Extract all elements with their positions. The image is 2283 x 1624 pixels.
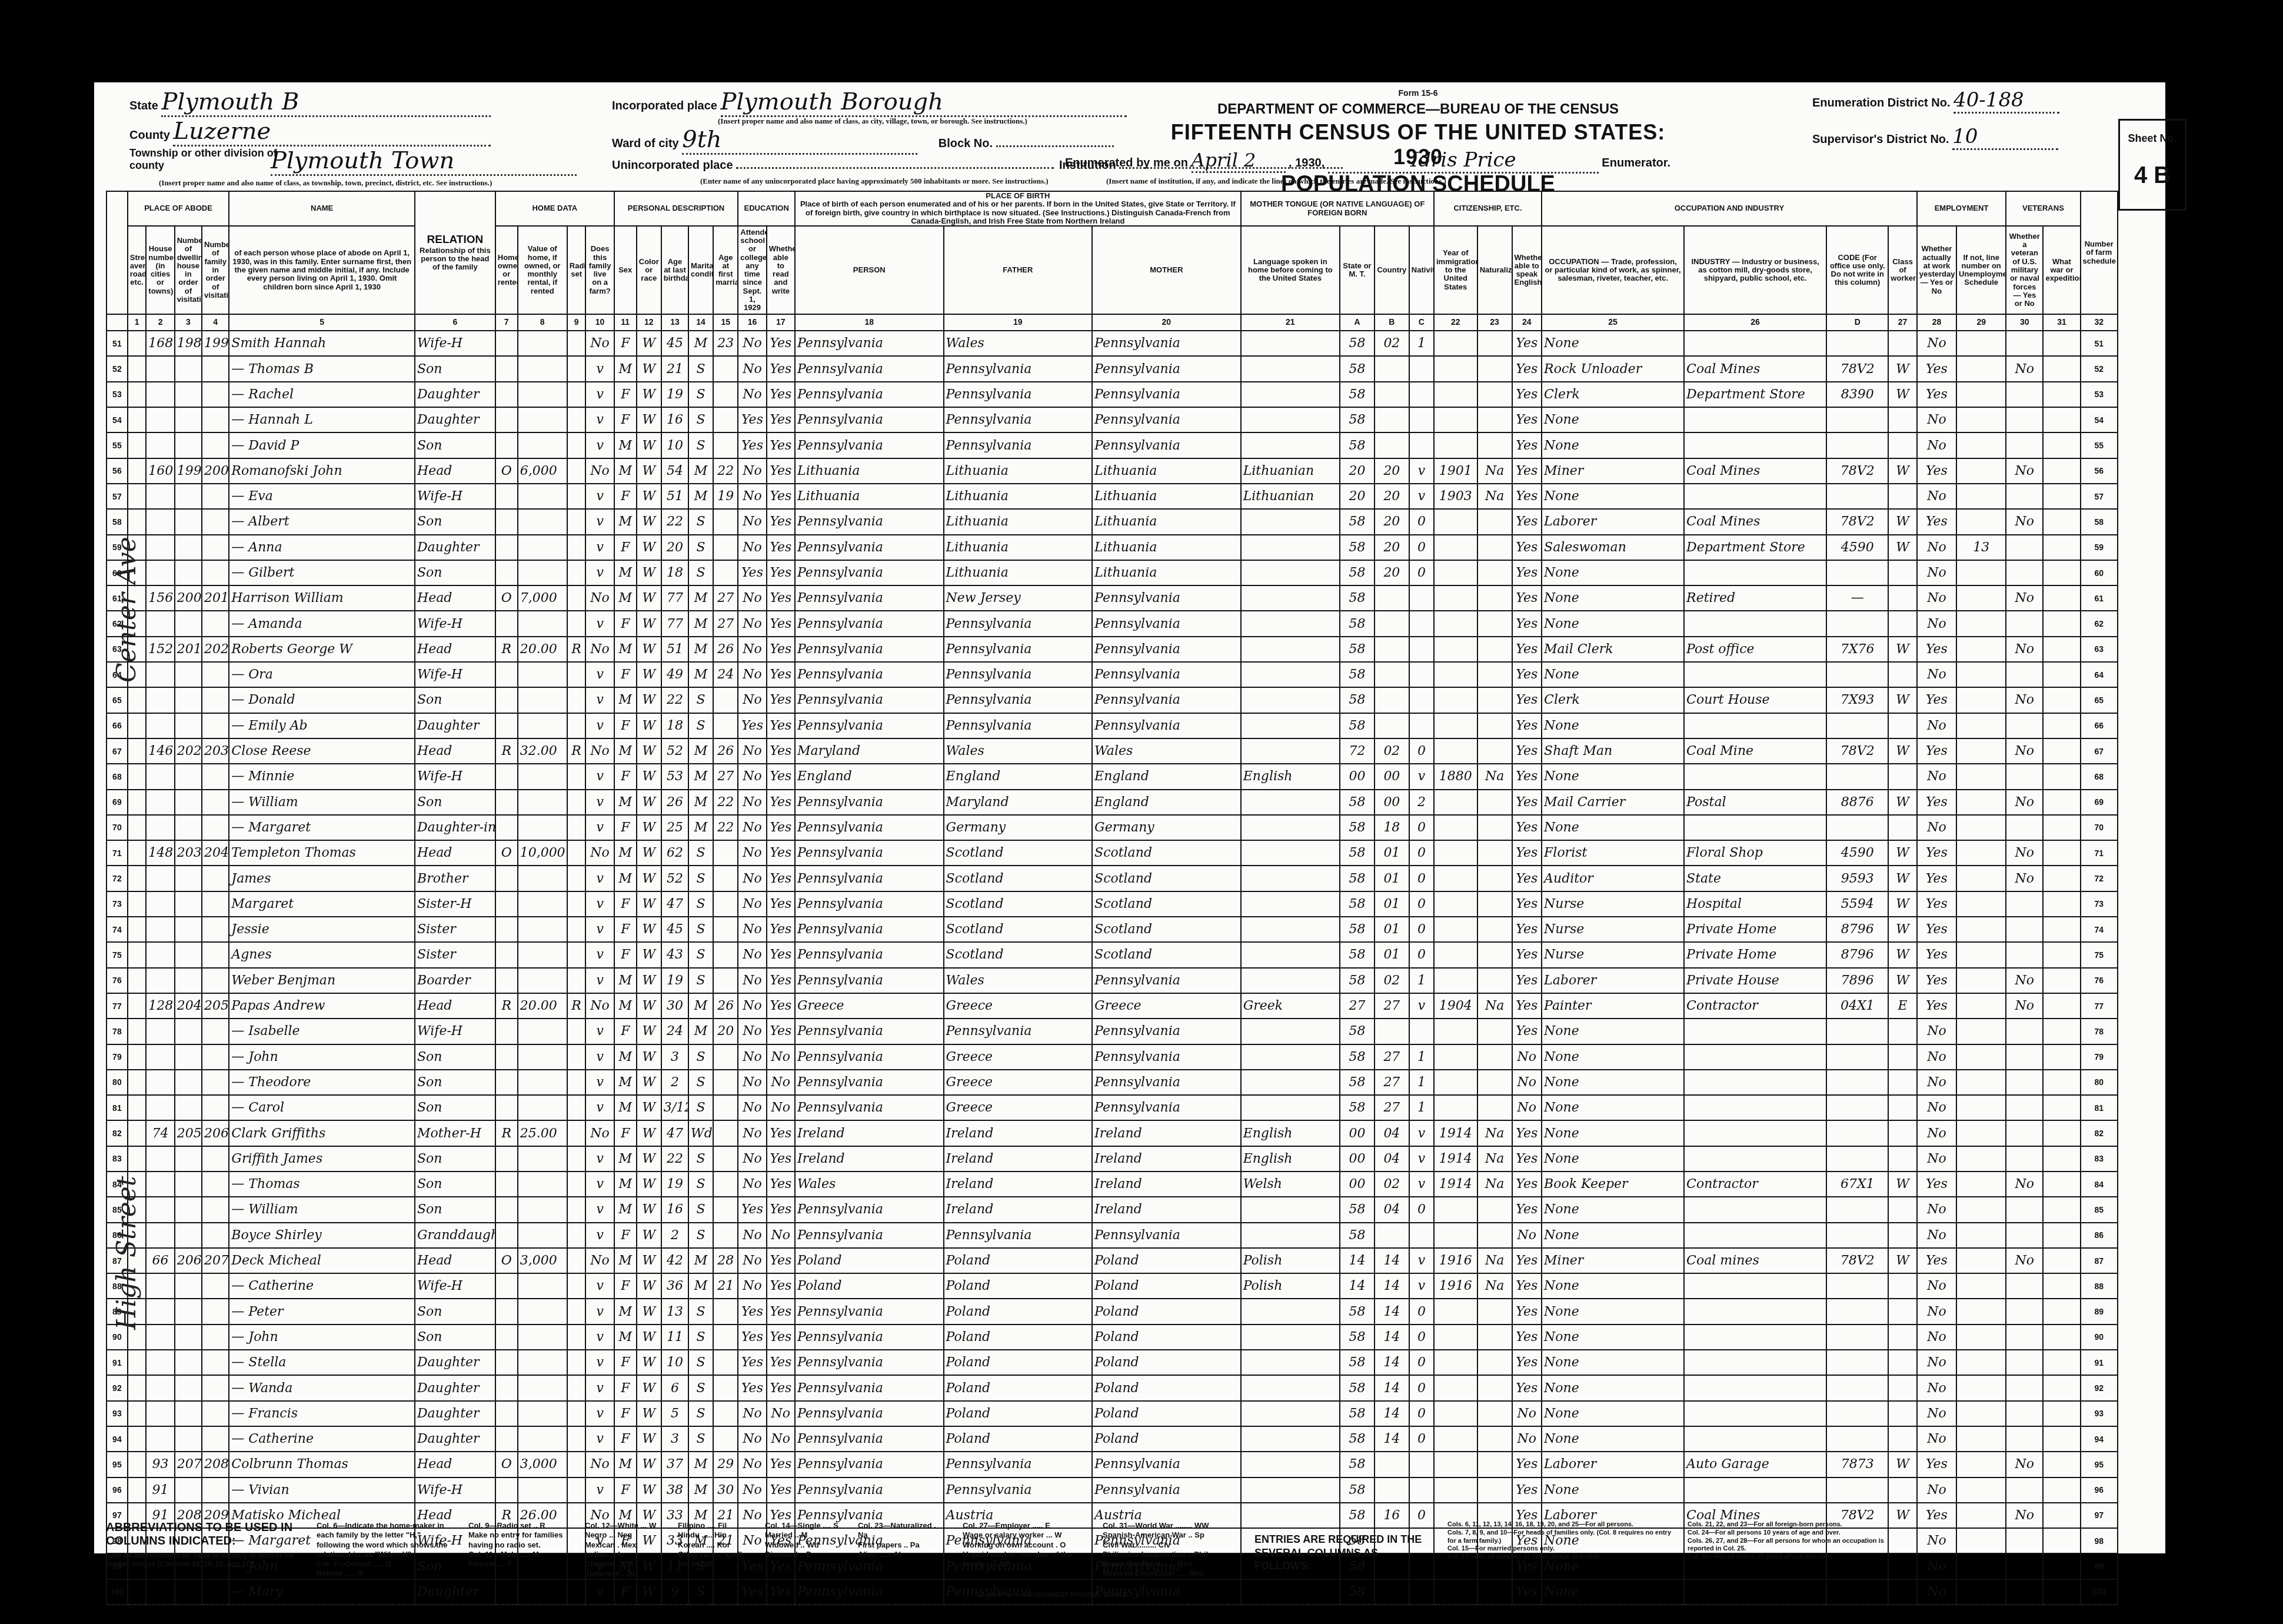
cell-sex: M bbox=[614, 1044, 637, 1070]
cell-read: Yes bbox=[767, 535, 795, 560]
cell-english: Yes bbox=[1512, 968, 1542, 993]
cell-relation: Daughter bbox=[415, 1350, 495, 1375]
column-number: 20 bbox=[1092, 314, 1241, 331]
cell-read: Yes bbox=[767, 1146, 795, 1172]
cell-marital: S bbox=[688, 1070, 713, 1095]
cell-farm: v bbox=[585, 942, 614, 967]
line-number: 71 bbox=[107, 840, 128, 866]
cell-code-d: 9593 bbox=[1826, 866, 1888, 891]
cell-father: Lithuania bbox=[944, 484, 1093, 509]
cell-value bbox=[518, 1401, 567, 1426]
cell-street bbox=[128, 917, 147, 942]
cell-dwelling bbox=[175, 1401, 202, 1426]
cell-class: W bbox=[1888, 687, 1916, 713]
cell-age: 3 bbox=[661, 1044, 688, 1070]
cell-code-a: 58 bbox=[1340, 917, 1375, 942]
cell-war bbox=[2043, 1172, 2080, 1197]
cell-sex: F bbox=[614, 331, 637, 356]
cell-father: Wales bbox=[944, 968, 1093, 993]
cell-naturalization: Na bbox=[1477, 993, 1512, 1019]
cell-age-marriage bbox=[713, 1325, 738, 1350]
cell-relation: Son bbox=[415, 1146, 495, 1172]
cell-war bbox=[2043, 993, 2080, 1019]
entries-list-1: Cols. 6, 11, 12, 13, 14, 16, 18, 19, 20,… bbox=[1447, 1521, 1671, 1579]
cell-house bbox=[146, 1223, 174, 1248]
cell-father: Scotland bbox=[944, 942, 1093, 967]
cell-family bbox=[202, 815, 229, 840]
cell-code-c: v bbox=[1409, 1146, 1434, 1172]
cell-house: 74 bbox=[146, 1120, 174, 1146]
cell-color: W bbox=[637, 535, 661, 560]
cell-code-a: 58 bbox=[1340, 382, 1375, 407]
cell-class: W bbox=[1888, 509, 1916, 534]
cell-color: W bbox=[637, 382, 661, 407]
cell-marital: M bbox=[688, 1248, 713, 1273]
cell-naturalization bbox=[1477, 1325, 1512, 1350]
line-number-right: 71 bbox=[2081, 840, 2118, 866]
cell-value bbox=[518, 535, 567, 560]
cell-unemployment bbox=[1956, 1401, 2006, 1426]
cell-code-b: 02 bbox=[1375, 331, 1409, 356]
cell-name: Templeton Thomas bbox=[229, 840, 415, 866]
table-row: 58— AlbertSonvMW22SNoYesPennsylvaniaLith… bbox=[107, 509, 2118, 534]
cell-age: 2 bbox=[661, 1070, 688, 1095]
cell-english: Yes bbox=[1512, 866, 1542, 891]
incorporated-field: Incorporated place Plymouth Borough bbox=[612, 88, 1127, 117]
cell-radio bbox=[567, 1299, 586, 1324]
cell-house bbox=[146, 1146, 174, 1172]
cell-school: No bbox=[738, 1070, 766, 1095]
cell-family: 207 bbox=[202, 1248, 229, 1273]
cell-code-b: 02 bbox=[1375, 1172, 1409, 1197]
cell-mother: Poland bbox=[1092, 1401, 1241, 1426]
cell-relation: Son bbox=[415, 790, 495, 815]
cell-code-b bbox=[1375, 713, 1409, 738]
table-row: 61156200201Harrison WilliamHeadO7,000NoM… bbox=[107, 585, 2118, 611]
cell-name: Jessie bbox=[229, 917, 415, 942]
cell-language bbox=[1241, 1350, 1340, 1375]
line-number-right: 59 bbox=[2081, 535, 2118, 560]
cell-name: — Emily Ab bbox=[229, 713, 415, 738]
cell-veteran bbox=[2006, 1299, 2043, 1324]
cell-color: W bbox=[637, 1299, 661, 1324]
line-number-right: 89 bbox=[2081, 1299, 2118, 1324]
cell-father: Greece bbox=[944, 993, 1093, 1019]
cell-radio bbox=[567, 509, 586, 534]
enumerated-field: Enumerated by me on April 2 , 1930, Idri… bbox=[1065, 148, 1670, 174]
cell-code-b: 14 bbox=[1375, 1273, 1409, 1299]
cell-at-work: No bbox=[1917, 713, 1956, 738]
cell-code-a: 58 bbox=[1340, 840, 1375, 866]
cell-radio bbox=[567, 1146, 586, 1172]
cell-street bbox=[128, 993, 147, 1019]
cell-color: W bbox=[637, 1325, 661, 1350]
cell-family bbox=[202, 407, 229, 432]
cell-language bbox=[1241, 1070, 1340, 1095]
cell-industry bbox=[1684, 611, 1826, 636]
cell-occupation: Miner bbox=[1542, 1248, 1684, 1273]
cell-code-a: 00 bbox=[1340, 1120, 1375, 1146]
cell-code-d bbox=[1826, 1070, 1888, 1095]
cell-name: — Isabelle bbox=[229, 1019, 415, 1044]
cell-family bbox=[202, 1350, 229, 1375]
cell-mother: England bbox=[1092, 764, 1241, 789]
cell-industry: Coal Mines bbox=[1684, 356, 1826, 381]
column-number: 25 bbox=[1542, 314, 1684, 331]
cell-language bbox=[1241, 917, 1340, 942]
cell-code-d bbox=[1826, 1426, 1888, 1452]
cell-house bbox=[146, 968, 174, 993]
cell-code-d bbox=[1826, 1095, 1888, 1120]
cell-veteran bbox=[2006, 382, 2043, 407]
cell-industry bbox=[1684, 1044, 1826, 1070]
cell-unemployment bbox=[1956, 1528, 2006, 1553]
cell-house bbox=[146, 432, 174, 458]
cell-family: 204 bbox=[202, 840, 229, 866]
table-row: 71148203204Templeton ThomasHeadO10,000No… bbox=[107, 840, 2118, 866]
cell-code-c: 0 bbox=[1409, 738, 1434, 764]
cell-read: Yes bbox=[767, 790, 795, 815]
cell-dwelling bbox=[175, 1197, 202, 1222]
cell-age-marriage bbox=[713, 1095, 738, 1120]
cell-street bbox=[128, 1120, 147, 1146]
unemployment-col-header: If not, line number on Unemployment Sche… bbox=[1956, 226, 2006, 314]
line-number-right: 77 bbox=[2081, 993, 2118, 1019]
cell-owned: R bbox=[495, 993, 518, 1019]
cell-relation: Head bbox=[415, 993, 495, 1019]
dwelling-col-header: Number of dwelling house in order of vis… bbox=[175, 226, 202, 314]
cell-school: No bbox=[738, 866, 766, 891]
cell-radio bbox=[567, 1095, 586, 1120]
cell-naturalization bbox=[1477, 331, 1512, 356]
cell-house bbox=[146, 509, 174, 534]
cell-unemployment bbox=[1956, 891, 2006, 917]
cell-school: No bbox=[738, 891, 766, 917]
cell-dwelling bbox=[175, 917, 202, 942]
cell-dwelling bbox=[175, 1426, 202, 1452]
cell-dwelling bbox=[175, 866, 202, 891]
cell-age: 6 bbox=[661, 1375, 688, 1400]
relation-desc: Relationship of this person to the head … bbox=[417, 247, 493, 272]
cell-farm: No bbox=[585, 637, 614, 662]
cell-family bbox=[202, 1579, 229, 1605]
cell-marital: M bbox=[688, 993, 713, 1019]
cell-owned bbox=[495, 611, 518, 636]
cell-house bbox=[146, 917, 174, 942]
cell-dwelling bbox=[175, 942, 202, 967]
line-number-right: 67 bbox=[2081, 738, 2118, 764]
cell-house bbox=[146, 1325, 174, 1350]
table-row: 57— EvaWife-HvFW51M19NoYesLithuaniaLithu… bbox=[107, 484, 2118, 509]
cell-street bbox=[128, 1579, 147, 1605]
cell-war bbox=[2043, 382, 2080, 407]
cell-war bbox=[2043, 1426, 2080, 1452]
cell-occupation: Nurse bbox=[1542, 942, 1684, 967]
cell-occupation: None bbox=[1542, 484, 1684, 509]
cell-sex: F bbox=[614, 1426, 637, 1452]
cell-war bbox=[2043, 942, 2080, 967]
cell-language: Polish bbox=[1241, 1273, 1340, 1299]
cell-farm: v bbox=[585, 917, 614, 942]
cell-school: No bbox=[738, 1223, 766, 1248]
cell-unemployment bbox=[1956, 917, 2006, 942]
cell-value bbox=[518, 815, 567, 840]
cell-read: Yes bbox=[767, 484, 795, 509]
cell-class bbox=[1888, 1273, 1916, 1299]
cell-name: Deck Micheal bbox=[229, 1248, 415, 1273]
cell-at-work: Yes bbox=[1917, 891, 1956, 917]
cell-father: Greece bbox=[944, 1070, 1093, 1095]
column-number: 30 bbox=[2006, 314, 2043, 331]
cell-class bbox=[1888, 1120, 1916, 1146]
cell-father: Wales bbox=[944, 738, 1093, 764]
abbr-col23: Col. 23—Naturalized . Na First papers ..… bbox=[858, 1521, 946, 1579]
line-number: 81 bbox=[107, 1095, 128, 1120]
family-desc: Number of family in order of visitation bbox=[204, 241, 227, 299]
column-number: 19 bbox=[944, 314, 1093, 331]
cell-age: 26 bbox=[661, 790, 688, 815]
cell-marital: S bbox=[688, 1146, 713, 1172]
cell-naturalization bbox=[1477, 1579, 1512, 1605]
cell-age: 13 bbox=[661, 1299, 688, 1324]
cell-family: 201 bbox=[202, 585, 229, 611]
cell-value bbox=[518, 1273, 567, 1299]
cell-industry bbox=[1684, 1019, 1826, 1044]
cell-veteran bbox=[2006, 1375, 2043, 1400]
line-number-right: 99 bbox=[2081, 1553, 2118, 1579]
cell-school: No bbox=[738, 968, 766, 993]
cell-farm: v bbox=[585, 1019, 614, 1044]
cell-immigration bbox=[1434, 968, 1477, 993]
cell-value bbox=[518, 942, 567, 967]
cell-age: 52 bbox=[661, 738, 688, 764]
cell-radio bbox=[567, 1120, 586, 1146]
cell-industry bbox=[1684, 1273, 1826, 1299]
cell-house bbox=[146, 1375, 174, 1400]
cell-code-a: 58 bbox=[1340, 713, 1375, 738]
cell-dwelling bbox=[175, 1146, 202, 1172]
cell-industry bbox=[1684, 713, 1826, 738]
cell-owned: R bbox=[495, 1120, 518, 1146]
radio-col-header: Radio set bbox=[567, 226, 586, 314]
cell-industry bbox=[1684, 1197, 1826, 1222]
cell-occupation: Book Keeper bbox=[1542, 1172, 1684, 1197]
unincorporated-label: Unincorporated place bbox=[612, 159, 733, 172]
cell-code-c: 2 bbox=[1409, 790, 1434, 815]
cell-person: England bbox=[795, 764, 944, 789]
cell-value: 3,000 bbox=[518, 1248, 567, 1273]
cell-owned bbox=[495, 1172, 518, 1197]
cell-school: No bbox=[738, 917, 766, 942]
farm-desc: Does this family live on a farm? bbox=[588, 245, 611, 295]
cell-industry bbox=[1684, 432, 1826, 458]
cell-radio bbox=[567, 1325, 586, 1350]
line-number: 68 bbox=[107, 764, 128, 789]
cell-color: W bbox=[637, 1019, 661, 1044]
cell-dwelling bbox=[175, 560, 202, 585]
cell-school: No bbox=[738, 1120, 766, 1146]
cell-code-c bbox=[1409, 1579, 1434, 1605]
cell-color: W bbox=[637, 993, 661, 1019]
cell-dwelling bbox=[175, 407, 202, 432]
cell-marital: S bbox=[688, 535, 713, 560]
cell-read: Yes bbox=[767, 1197, 795, 1222]
cell-war bbox=[2043, 1553, 2080, 1579]
cell-read: Yes bbox=[767, 713, 795, 738]
family-col-header: Number of family in order of visitation bbox=[202, 226, 229, 314]
cell-occupation: None bbox=[1542, 1426, 1684, 1452]
cell-age-marriage bbox=[713, 840, 738, 866]
cell-dwelling: 200 bbox=[175, 585, 202, 611]
column-number: A bbox=[1340, 314, 1375, 331]
column-number-row: 123456789101112131415161718192021ABC2223… bbox=[107, 314, 2118, 331]
column-number: 5 bbox=[229, 314, 415, 331]
cell-class bbox=[1888, 1197, 1916, 1222]
cell-unemployment bbox=[1956, 1197, 2006, 1222]
cell-at-work: Yes bbox=[1917, 458, 1956, 484]
cell-veteran bbox=[2006, 815, 2043, 840]
cell-code-c bbox=[1409, 687, 1434, 713]
cell-unemployment bbox=[1956, 331, 2006, 356]
cell-veteran bbox=[2006, 611, 2043, 636]
cell-person: Pennsylvania bbox=[795, 1579, 944, 1605]
cell-english: Yes bbox=[1512, 891, 1542, 917]
cell-english: Yes bbox=[1512, 356, 1542, 381]
cell-occupation: Auditor bbox=[1542, 866, 1684, 891]
cell-relation: Son bbox=[415, 1070, 495, 1095]
line-number-right: 62 bbox=[2081, 611, 2118, 636]
cell-war bbox=[2043, 1248, 2080, 1273]
cell-owned bbox=[495, 407, 518, 432]
cell-code-c: v bbox=[1409, 1248, 1434, 1273]
cell-marital: M bbox=[688, 331, 713, 356]
cell-family bbox=[202, 509, 229, 534]
cell-house bbox=[146, 1095, 174, 1120]
cell-war bbox=[2043, 1095, 2080, 1120]
cell-color: W bbox=[637, 866, 661, 891]
cell-marital: S bbox=[688, 866, 713, 891]
cell-code-d bbox=[1826, 432, 1888, 458]
line-number-right: 73 bbox=[2081, 891, 2118, 917]
cell-at-work: No bbox=[1917, 1197, 1956, 1222]
cell-value bbox=[518, 687, 567, 713]
cell-age: 45 bbox=[661, 917, 688, 942]
cell-class bbox=[1888, 713, 1916, 738]
cell-code-c bbox=[1409, 382, 1434, 407]
cell-mother: Scotland bbox=[1092, 942, 1241, 967]
cell-at-work: No bbox=[1917, 1070, 1956, 1095]
cell-english: Yes bbox=[1512, 993, 1542, 1019]
cell-farm: v bbox=[585, 1095, 614, 1120]
cell-person: Pennsylvania bbox=[795, 560, 944, 585]
cell-language: Lithuanian bbox=[1241, 458, 1340, 484]
cell-language bbox=[1241, 1095, 1340, 1120]
cell-marital: S bbox=[688, 1325, 713, 1350]
cell-school: No bbox=[738, 1095, 766, 1120]
cell-owned: O bbox=[495, 585, 518, 611]
cell-sex: F bbox=[614, 1350, 637, 1375]
cell-immigration bbox=[1434, 942, 1477, 967]
cell-class bbox=[1888, 484, 1916, 509]
cell-age-marriage bbox=[713, 560, 738, 585]
cell-sex: M bbox=[614, 1325, 637, 1350]
cell-dwelling bbox=[175, 1044, 202, 1070]
cell-class bbox=[1888, 1350, 1916, 1375]
cell-mother: Poland bbox=[1092, 1299, 1241, 1324]
cell-language bbox=[1241, 432, 1340, 458]
cell-age: 16 bbox=[661, 407, 688, 432]
column-number: D bbox=[1826, 314, 1888, 331]
cell-industry: Private Home bbox=[1684, 917, 1826, 942]
cell-mother: Pennsylvania bbox=[1092, 713, 1241, 738]
cell-person: Pennsylvania bbox=[795, 1325, 944, 1350]
cell-veteran bbox=[2006, 1070, 2043, 1095]
cell-naturalization: Na bbox=[1477, 1120, 1512, 1146]
cell-person: Pennsylvania bbox=[795, 1375, 944, 1400]
cell-family bbox=[202, 611, 229, 636]
cell-war bbox=[2043, 713, 2080, 738]
cell-unemployment bbox=[1956, 637, 2006, 662]
cell-code-a: 58 bbox=[1340, 560, 1375, 585]
cell-language bbox=[1241, 713, 1340, 738]
cell-age: 19 bbox=[661, 968, 688, 993]
cell-at-work: No bbox=[1917, 432, 1956, 458]
cell-code-c: v bbox=[1409, 993, 1434, 1019]
cell-person: Pennsylvania bbox=[795, 662, 944, 687]
cell-war bbox=[2043, 1197, 2080, 1222]
cell-family bbox=[202, 764, 229, 789]
line-number-right: 72 bbox=[2081, 866, 2118, 891]
cell-father: Lithuania bbox=[944, 458, 1093, 484]
cell-owned bbox=[495, 535, 518, 560]
supervisor-label: Supervisor's District No. bbox=[1812, 133, 1949, 146]
cell-english: Yes bbox=[1512, 917, 1542, 942]
cell-family bbox=[202, 942, 229, 967]
cell-relation: Wife-H bbox=[415, 611, 495, 636]
cell-value bbox=[518, 891, 567, 917]
cell-read: Yes bbox=[767, 738, 795, 764]
cell-read: Yes bbox=[767, 764, 795, 789]
cell-english: Yes bbox=[1512, 687, 1542, 713]
cell-father: Pennsylvania bbox=[944, 611, 1093, 636]
cell-radio bbox=[567, 382, 586, 407]
cell-naturalization bbox=[1477, 1095, 1512, 1120]
cell-occupation: Laborer bbox=[1542, 1452, 1684, 1477]
immigration-col-header: Year of immigration to the United States bbox=[1434, 226, 1477, 314]
cell-owned bbox=[495, 1273, 518, 1299]
cell-radio bbox=[567, 968, 586, 993]
farm-schedule-desc: Number of farm schedule bbox=[2083, 240, 2115, 265]
cell-mother: Scotland bbox=[1092, 840, 1241, 866]
column-number: 6 bbox=[415, 314, 495, 331]
cell-street bbox=[128, 815, 147, 840]
unincorporated-field: Unincorporated place bbox=[612, 159, 1054, 172]
cell-age: 10 bbox=[661, 432, 688, 458]
cell-age-marriage bbox=[713, 942, 738, 967]
cell-at-work: No bbox=[1917, 1095, 1956, 1120]
line-number-right: 52 bbox=[2081, 356, 2118, 381]
cell-code-d bbox=[1826, 1273, 1888, 1299]
cell-code-d: 78V2 bbox=[1826, 458, 1888, 484]
line-number-right: 87 bbox=[2081, 1248, 2118, 1273]
cell-relation: Wife-H bbox=[415, 1019, 495, 1044]
cell-veteran: No bbox=[2006, 585, 2043, 611]
cell-unemployment bbox=[1956, 1172, 2006, 1197]
cell-owned bbox=[495, 866, 518, 891]
cell-code-b: 04 bbox=[1375, 1146, 1409, 1172]
cell-code-c: v bbox=[1409, 764, 1434, 789]
cell-house: 152 bbox=[146, 637, 174, 662]
